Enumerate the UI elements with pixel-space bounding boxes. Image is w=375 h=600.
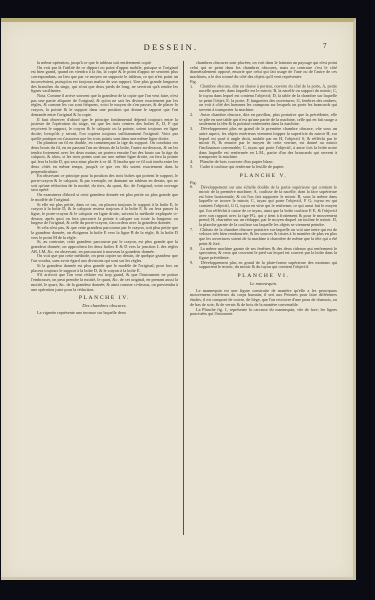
section-heading: PLANCHE IV.: [31, 295, 178, 302]
figure-text: Autre chambre obscure, dite en pavillon,…: [199, 112, 337, 126]
paragraph: On voit par là l'utilité de ce dipport o…: [31, 66, 178, 94]
document-page: DESSEIN. 7 la même opération, jusqu'à ce…: [1, 18, 356, 580]
paragraph: chambres obscures sont placées; on voit …: [190, 61, 337, 80]
section-subheading: Des chambres obscures.: [31, 303, 178, 309]
figure-text: Développement plus en grand de la plate-…: [199, 260, 337, 270]
paragraph: S'il arrivoit que l'on veut réduire est …: [31, 273, 178, 292]
paragraph: Nota. Comme il arrive souvent que la gra…: [31, 94, 178, 118]
figure-entry: 7. Châssis de la chambre obscure portati…: [190, 228, 337, 247]
figure-number: 9.: [190, 261, 199, 266]
paragraph: La vignette représente une terrasse sur …: [31, 311, 178, 316]
page-number: 7: [323, 42, 327, 50]
figure-entry: 5. Cadre à coulisse qui renferme la feui…: [190, 165, 337, 170]
paragraph: Si cela n'est pas, & que cette grandeur …: [31, 226, 178, 240]
paragraph: Si, au contraire, cette grandeur parcour…: [31, 240, 178, 254]
figure-text: Développement sur une échelle double de …: [199, 184, 337, 227]
figure-text: Chambre obscure, dite en chaise à porteu…: [199, 84, 337, 113]
paragraph: En observant ce principe pour la positio…: [31, 174, 178, 193]
figure-number: 5.: [190, 165, 199, 170]
running-head: DESSEIN. 7: [1, 42, 353, 54]
figure-entry: 8. La même machine garnie de ses fenêtre…: [190, 247, 337, 261]
figure-text: La même machine garnie de ses fenêtres &…: [199, 246, 337, 260]
section-heading: PLANCHE VI.: [190, 273, 337, 280]
section-heading: PLANCHE V.: [190, 173, 337, 180]
paragraph: La Planche fig. 1, représente la carcass…: [190, 308, 337, 317]
figure-entry: Fig. 1. Chambre obscure, dite en chaise …: [190, 80, 337, 113]
figure-entry: 9. Développement plus en grand de la pla…: [190, 261, 337, 270]
figure-number: Fig. 1.: [190, 80, 199, 89]
figure-entry: Fig. 6. Développement sur une échelle do…: [190, 181, 337, 228]
paragraph: On plantera un fil en double, en commenç…: [31, 141, 178, 174]
figure-number: 2.: [190, 113, 199, 118]
figure-text: Cadre à coulisse qui renferme la feuille…: [200, 164, 284, 169]
figure-entry: 3. Développement plus en grand de la pre…: [190, 127, 337, 160]
figure-text: Châssis de la chambre obscure portative …: [199, 227, 337, 246]
section-subheading: Le mannequin.: [190, 281, 337, 287]
running-title: DESSEIN.: [91, 42, 251, 52]
left-column: la même opération, jusqu'à ce que le tab…: [31, 61, 178, 315]
paragraph: Il faut observer d'abord que le principe…: [31, 118, 178, 142]
figure-text: Développement plus en grand de la premiè…: [199, 126, 337, 159]
paragraph: Si elle est plus petite, dans ce cas, on…: [31, 203, 178, 227]
figure-number: 3.: [190, 127, 199, 132]
figure-number: 7.: [190, 228, 199, 233]
paragraph: Le mannequin est une figure construite d…: [190, 289, 337, 308]
figure-number: Fig. 6.: [190, 181, 199, 190]
column-divider: [183, 61, 184, 535]
figure-entry: 2. Autre chambre obscure, dite en pavill…: [190, 113, 337, 127]
figure-number: 8.: [190, 247, 199, 252]
right-column: chambres obscures sont placées; on voit …: [190, 61, 337, 317]
